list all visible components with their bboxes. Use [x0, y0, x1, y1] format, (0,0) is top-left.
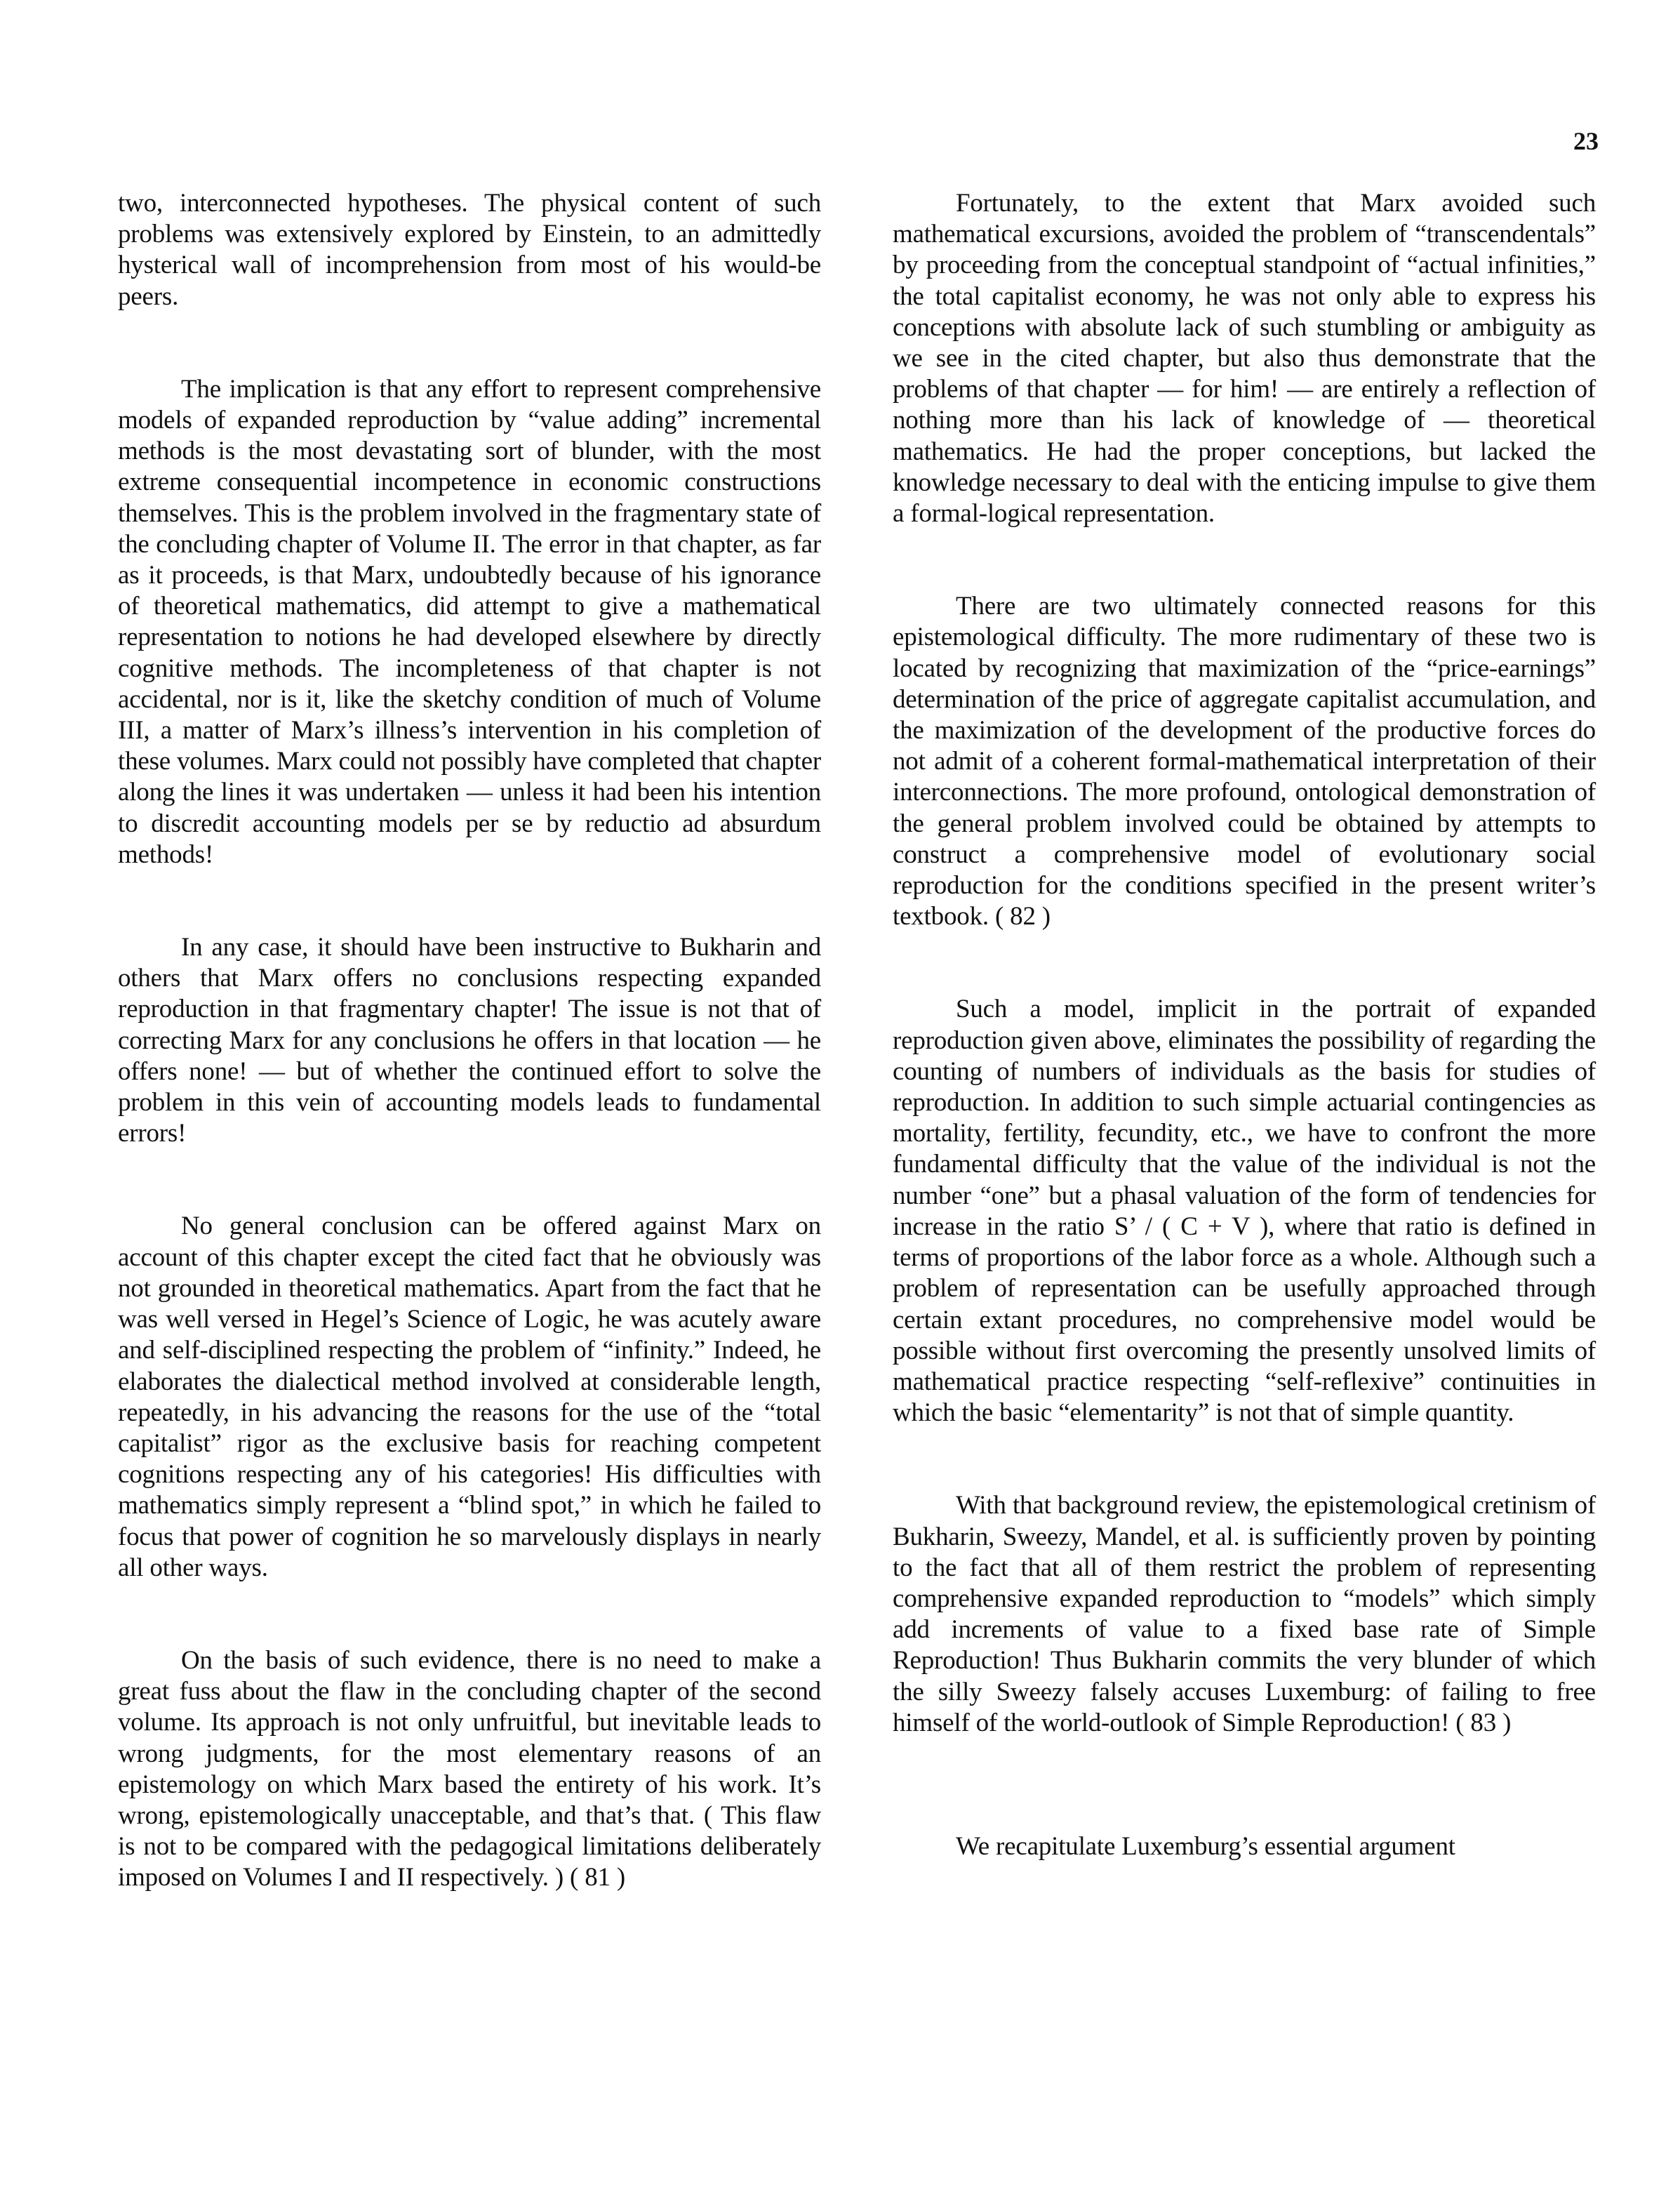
paragraph: In any case, it should have been instruc…: [118, 932, 821, 1149]
paragraph: No general conclusion can be offered aga…: [118, 1211, 821, 1583]
paragraph: Fortunately, to the extent that Marx avo…: [893, 188, 1596, 529]
right-column: Fortunately, to the extent that Marx avo…: [893, 188, 1596, 1862]
paragraph: With that background review, the epistem…: [893, 1490, 1596, 1739]
document-page: 23 two, interconnected hypotheses. The p…: [0, 0, 1680, 2209]
paragraph: On the basis of such evidence, there is …: [118, 1645, 821, 1894]
paragraph: Such a model, implicit in the portrait o…: [893, 994, 1596, 1428]
left-column: two, interconnected hypotheses. The phys…: [118, 188, 821, 1894]
paragraph: There are two ultimately connected reaso…: [893, 591, 1596, 932]
paragraph-continues: We recapitulate Luxemburg’s essential ar…: [893, 1831, 1596, 1862]
paragraph: The implication is that any effort to re…: [118, 374, 821, 870]
paragraph-continued: two, interconnected hypotheses. The phys…: [118, 188, 821, 312]
page-number: 23: [1556, 126, 1599, 156]
